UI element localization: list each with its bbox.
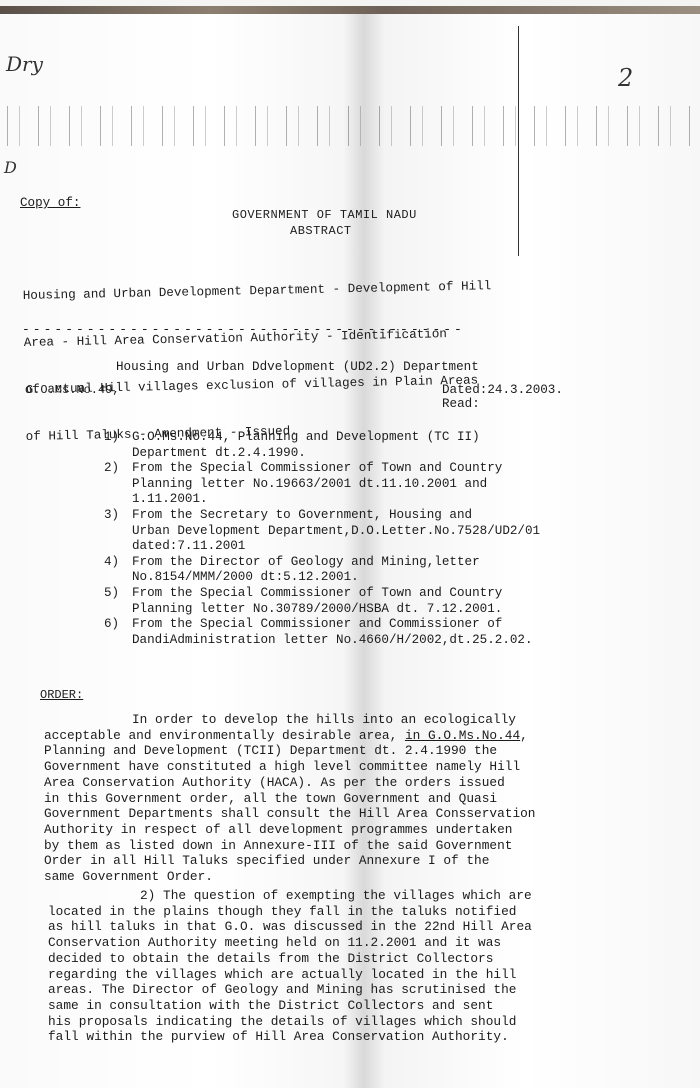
reference-item: 4)From the Director of Geology and Minin…: [104, 555, 664, 586]
reference-item: 5)From the Special Commissioner of Town …: [104, 586, 664, 617]
abstract-heading: ABSTRACT: [290, 224, 352, 238]
copy-of-label: Copy of:: [20, 196, 80, 212]
go-number: G.O.Ms.No.49,: [26, 383, 120, 399]
reference-item: 2)From the Special Commissioner of Town …: [104, 461, 664, 508]
references-list: 1)G.O.Ms.No.44, Planning and Development…: [104, 430, 664, 648]
separator-line: ----------------------------------------…: [22, 322, 465, 337]
reference-item: 6)From the Special Commissioner and Comm…: [104, 617, 664, 648]
margin-mark: D: [4, 158, 17, 177]
government-heading: GOVERNMENT OF TAMIL NADU: [232, 208, 417, 222]
reference-item: 3)From the Secretary to Government, Hous…: [104, 508, 664, 555]
read-label: Read:: [442, 397, 480, 413]
go-reference-link: in G.O.Ms.No.44: [405, 728, 520, 743]
subject-line: Housing and Urban Development Department…: [23, 279, 492, 304]
handwritten-page-number: 2: [618, 64, 633, 92]
department-heading: Housing and Urban Ddvelopment (UD2.2) De…: [116, 360, 479, 376]
handwritten-mark: Dry: [6, 52, 43, 76]
scan-noise-band: [0, 106, 700, 146]
reference-item: 1)G.O.Ms.No.44, Planning and Development…: [104, 430, 664, 461]
order-paragraph-2: 2) The question of exempting the village…: [48, 888, 698, 1045]
order-paragraph-1: In order to develop the hills into an ec…: [44, 712, 684, 885]
page-top-edge: [0, 6, 700, 14]
document-page: Dry 2 D Copy of: GOVERNMENT OF TAMIL NAD…: [0, 6, 700, 1088]
order-label: ORDER:: [40, 688, 83, 704]
